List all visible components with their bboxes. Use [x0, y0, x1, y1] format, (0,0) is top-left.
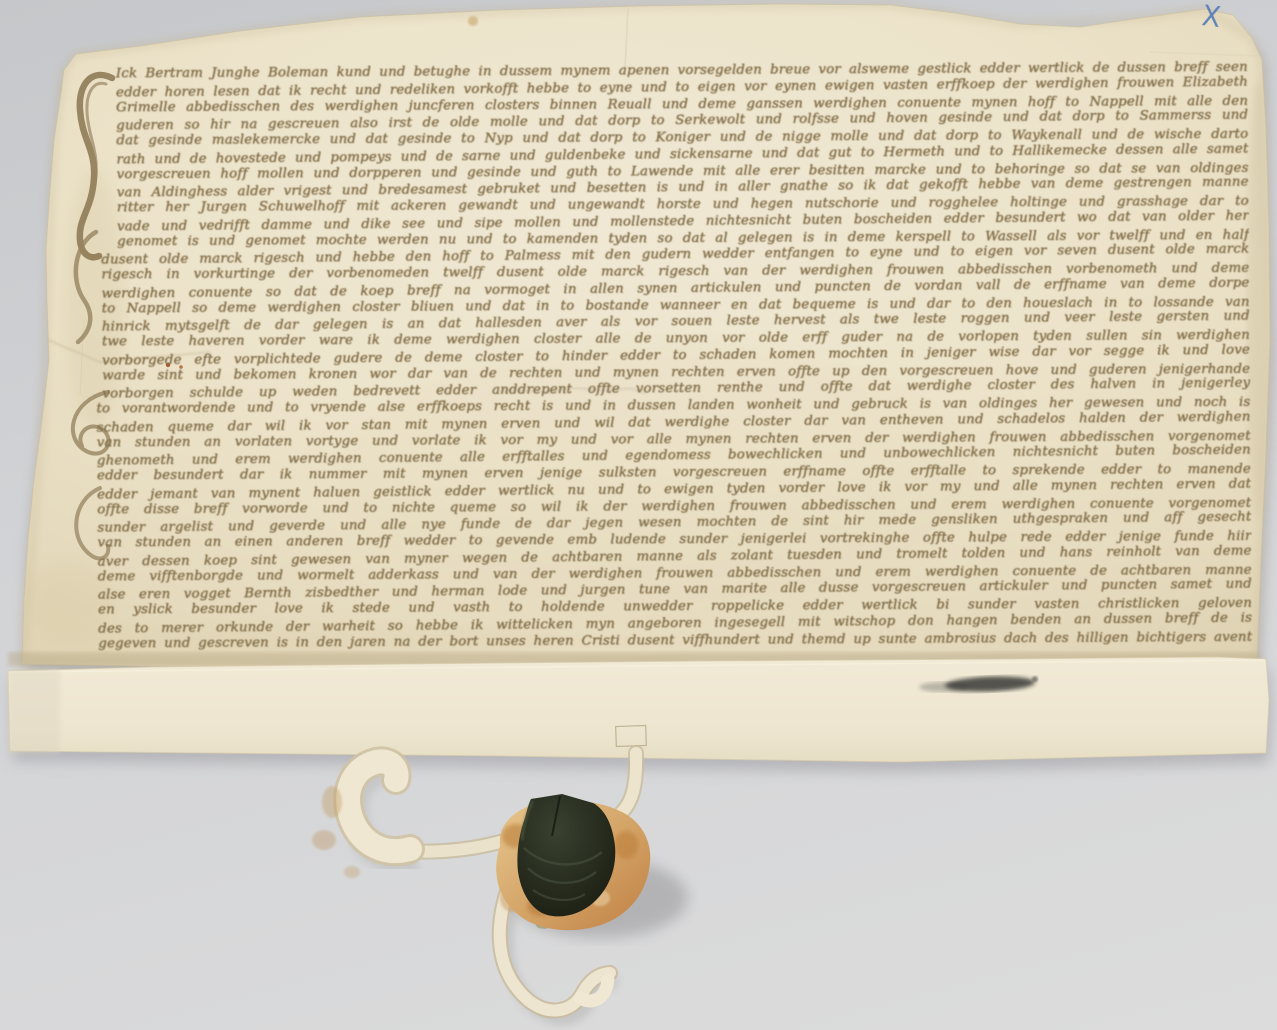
ribbon-curled-end [312, 761, 410, 878]
plica-left-shading [8, 668, 60, 754]
manuscript-text-block: Ick Bertram Junghe Boleman kund und betu… [94, 59, 1253, 654]
corner-annotation-x-mark: X [1200, 0, 1222, 35]
charter-photograph: Ick Bertram Junghe Boleman kund und betu… [0, 0, 1277, 1030]
